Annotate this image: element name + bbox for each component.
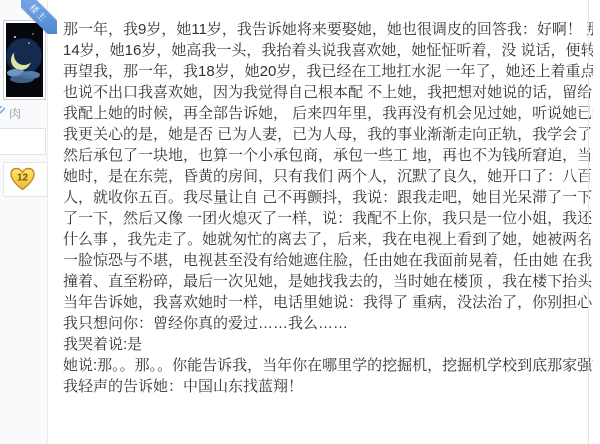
- sidebar-empty-box: [0, 128, 46, 155]
- level-number: 12: [17, 173, 29, 184]
- post-body-text: 那一年，我9岁，她11岁，我告诉她将来要娶她，她也很调皮的回答我：好啊！ 那一年…: [63, 19, 593, 411]
- username-link[interactable]: 肉: [9, 105, 21, 122]
- crescent-moon-avatar-icon: [6, 23, 43, 97]
- op-ribbon-badge: 楼主: [21, 0, 57, 34]
- forum-post-page: 肉 12 楼主 那一年，我9岁，她11岁，我告诉她将来要娶她，她也很调皮的回答我…: [0, 0, 600, 444]
- username-truncated-fragment: [0, 106, 5, 117]
- author-sidebar: 肉 12: [0, 0, 48, 444]
- content-right-divider: [588, 0, 589, 444]
- level-badge: 12: [3, 162, 48, 197]
- level-heart-icon: 12: [9, 167, 36, 192]
- op-ribbon-container: 楼主: [21, 0, 57, 34]
